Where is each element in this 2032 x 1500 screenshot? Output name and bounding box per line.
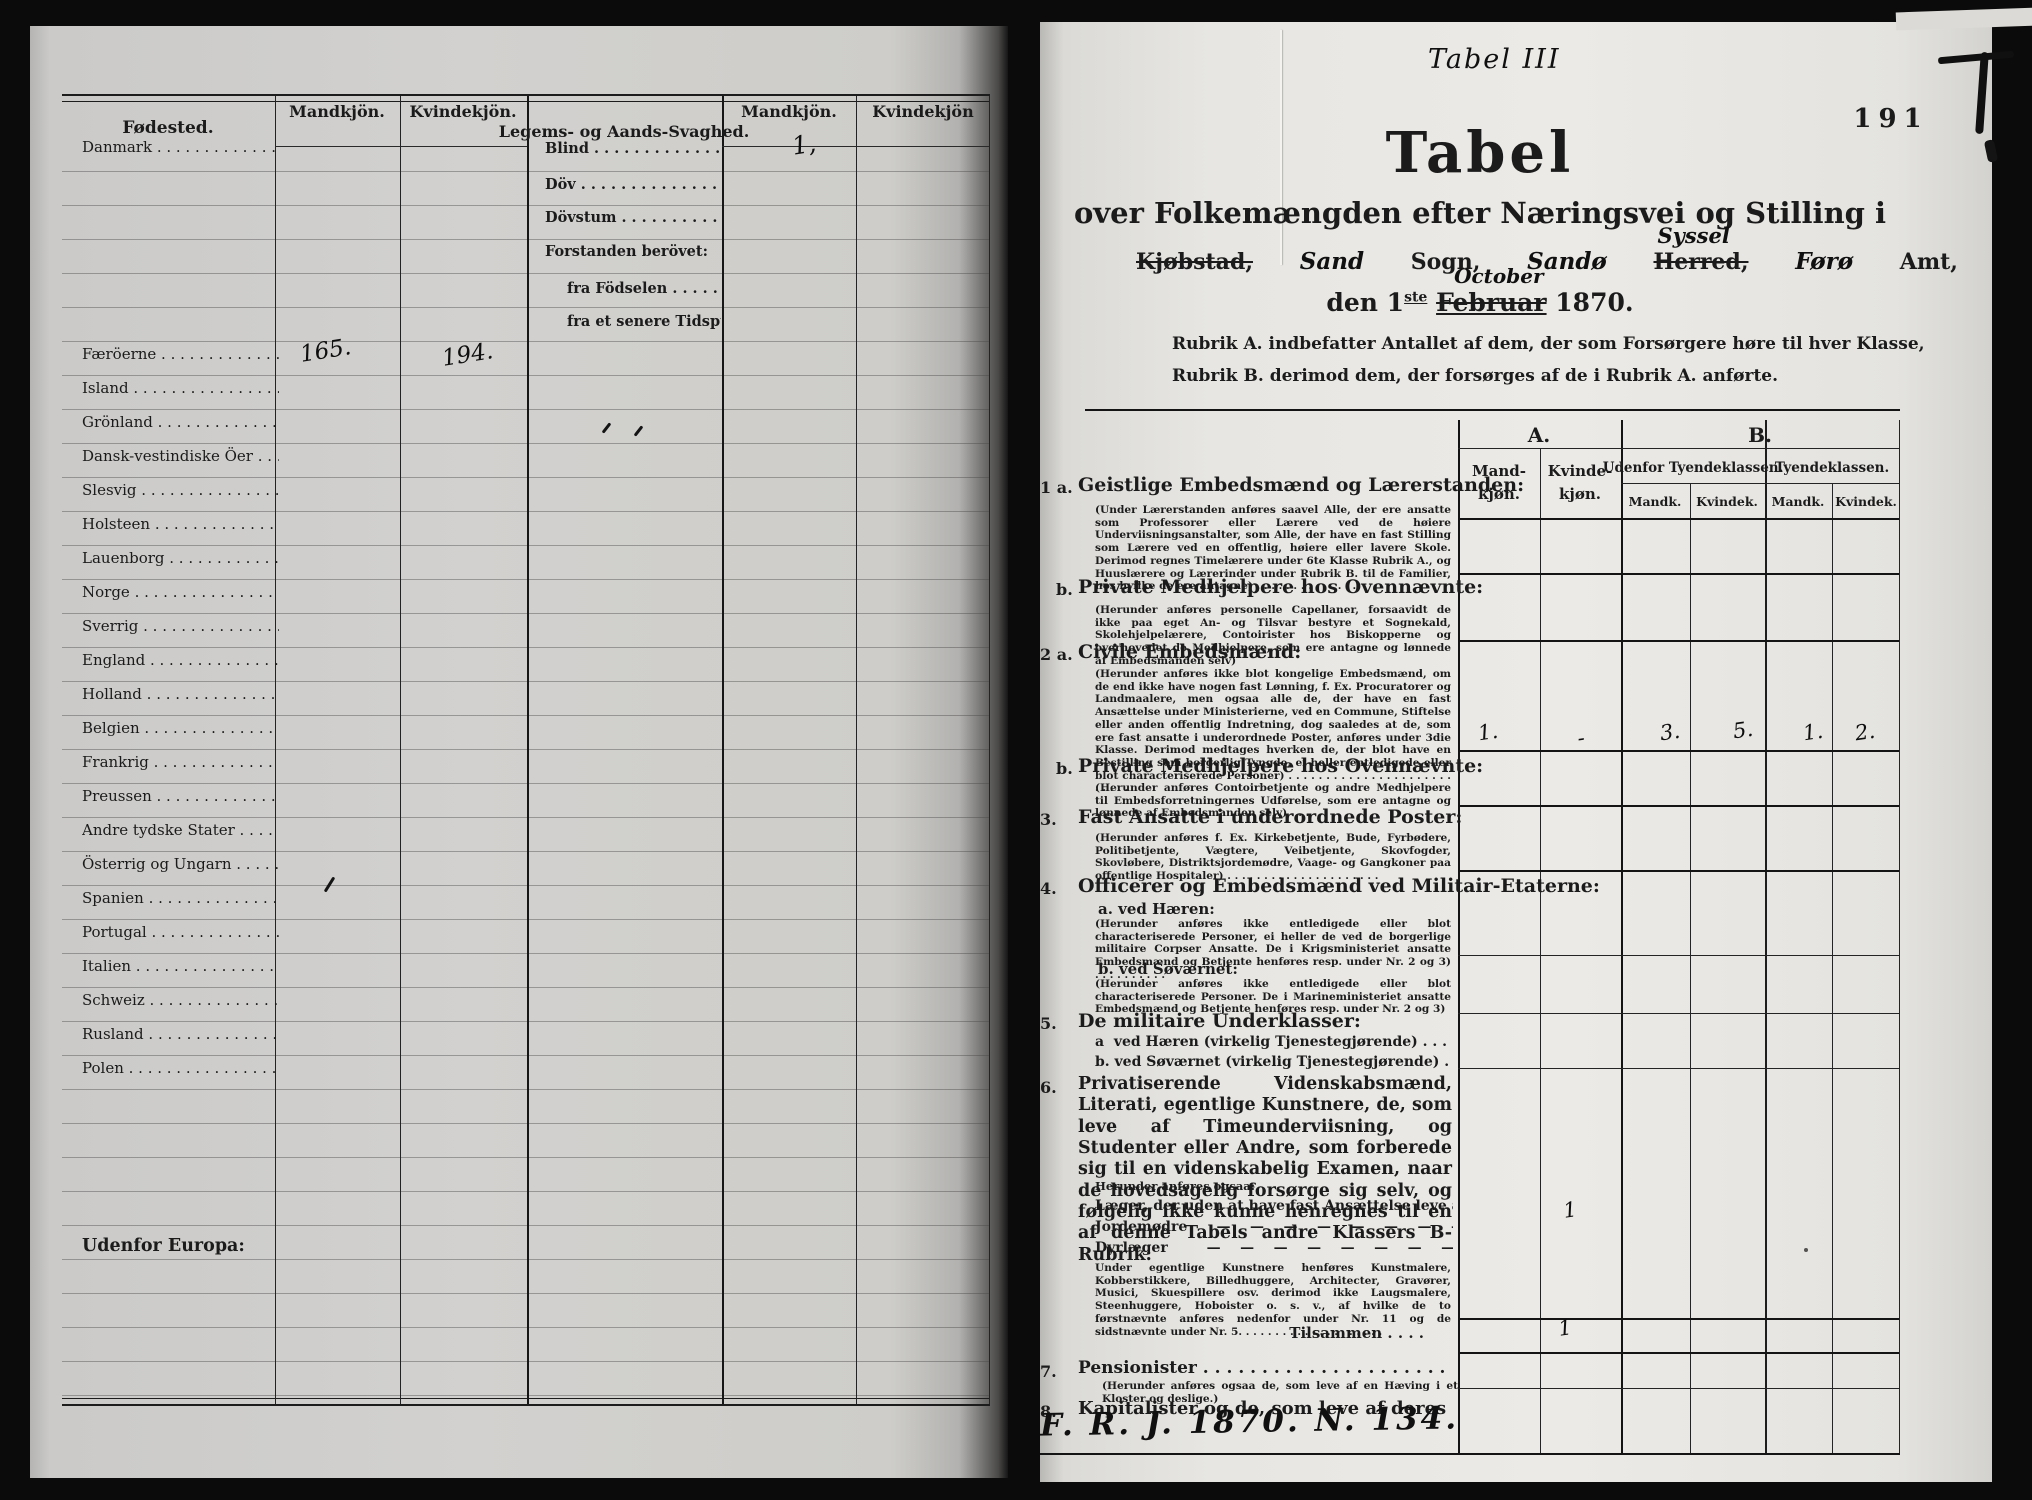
value-2a-mand-a: 1. bbox=[1476, 719, 1499, 746]
row-heading-1a: Geistlige Embedsmænd og Lærerstanden: bbox=[1078, 474, 1524, 496]
row-rule bbox=[1458, 1068, 1899, 1069]
row-heading-7: Pensionister . . . . . . . . . . . . . .… bbox=[1078, 1358, 1452, 1378]
pen-t-mark bbox=[1984, 139, 1998, 163]
row-6-note: Herunder anføres ogsaa: bbox=[1095, 1180, 1451, 1194]
header-rule bbox=[1458, 448, 1899, 449]
birthplace-row: Holsteen . . . . . . . . . . . . . . . .… bbox=[82, 515, 279, 533]
birthplace-row: Portugal . . . . . . . . . . . . . . . .… bbox=[82, 923, 279, 941]
value-2a-udenfor-mandk: 3. bbox=[1658, 719, 1681, 746]
row-rule bbox=[1458, 640, 1899, 642]
header-rule bbox=[1621, 483, 1899, 484]
birthplace-row: Spanien . . . . . . . . . . . . . . . . … bbox=[82, 889, 279, 907]
occupation-table: A. B. Mand- kjøn. Kvinde- kjøn. Udenfor … bbox=[1040, 420, 1900, 1455]
row-4b-label: b. ved Søværnet: bbox=[1098, 960, 1238, 978]
page-title: Tabel bbox=[1040, 120, 1920, 186]
disability-row: Döv . . . . . . . . . . . . . . . . . . … bbox=[545, 176, 721, 193]
subheader-kvindek-2: Kvindek. bbox=[1835, 494, 1897, 509]
birthplace-row: Österrig og Ungarn . . . . . . . . . . .… bbox=[82, 855, 279, 873]
birthplace-table: Fødested. Mandkjön. Kvindekjön. Legems- … bbox=[62, 94, 990, 1406]
handwritten-sogn-name: Sand bbox=[1300, 248, 1364, 275]
rubrik-a-note: Rubrik A. indbefatter Antallet af dem, d… bbox=[1172, 334, 1925, 354]
location-line: Kjøbstad, Sand Sogn, Sandø Syssel Herred… bbox=[1136, 248, 1958, 275]
birthplace-row: Italien . . . . . . . . . . . . . . . . … bbox=[82, 957, 279, 975]
handwritten-october: October bbox=[1454, 264, 1543, 288]
row-number: 4. bbox=[1040, 879, 1057, 898]
header-rule bbox=[1458, 518, 1899, 520]
row-rule bbox=[1458, 573, 1899, 575]
birthplace-row: Grönland . . . . . . . . . . . . . . . .… bbox=[82, 413, 279, 431]
birthplace-row: Schweiz . . . . . . . . . . . . . . . . … bbox=[82, 991, 279, 1009]
printed-month: Februar bbox=[1436, 288, 1547, 317]
handwritten-amt-name: Førø bbox=[1795, 248, 1853, 275]
birthplace-row: Sverrig . . . . . . . . . . . . . . . . … bbox=[82, 617, 279, 635]
date-prefix: den 1 bbox=[1326, 288, 1404, 317]
column-divider bbox=[856, 96, 857, 1404]
amt-label: Amt, bbox=[1900, 249, 1958, 275]
row-heading-1b: Private Medhjelpere hos Ovennævnte: bbox=[1078, 576, 1483, 598]
header-rule bbox=[722, 146, 989, 147]
column-divider bbox=[400, 96, 401, 1404]
row-5b-line: b. ved Søværnet (virkelig Tjenestegjøren… bbox=[1095, 1054, 1453, 1070]
table-top-rule bbox=[1085, 409, 1900, 414]
row-rule bbox=[1458, 1352, 1899, 1354]
handwritten-tabel-iii: Tabel III bbox=[1428, 44, 1561, 75]
row-6-laeger: Læger, der uden at have fast Ansættelse … bbox=[1095, 1198, 1453, 1214]
row-rule bbox=[1458, 1013, 1899, 1014]
subheader-kvindek-1: Kvindek. bbox=[1696, 494, 1758, 509]
disability-row: Dövstum . . . . . . . . . . . . . . . . … bbox=[545, 209, 721, 226]
left-page: Fødested. Mandkjön. Kvindekjön. Legems- … bbox=[30, 26, 1008, 1478]
header-a: A. bbox=[1528, 423, 1550, 447]
ruled-lines bbox=[62, 155, 990, 1402]
column-divider bbox=[1621, 420, 1623, 1455]
date-line: den 1ste October Februar 1870. bbox=[1040, 288, 1920, 317]
column-header-mandkjon: Mandkjön. bbox=[289, 102, 385, 121]
subheader-mandk-2: Mandk. bbox=[1772, 494, 1825, 509]
row-heading-2a: Civile Embedsmænd: bbox=[1078, 641, 1301, 663]
value-2a-kvinde-a: - bbox=[1576, 726, 1586, 751]
row-number: 5. bbox=[1040, 1014, 1057, 1033]
table-bottom-rule bbox=[1040, 1453, 1900, 1455]
row-heading-4: Officerer og Embedsmænd ved Militair-Eta… bbox=[1078, 875, 1600, 897]
column-divider bbox=[1899, 420, 1900, 1455]
outside-europe-label: Udenfor Europa: bbox=[82, 1236, 245, 1256]
header-tyende: Tyendeklassen. bbox=[1775, 460, 1889, 476]
row-number: 2 a. bbox=[1040, 645, 1073, 664]
handwritten-archive-note: F. R. J. 1870. N. 134. bbox=[1040, 1400, 1460, 1443]
table-top-rule bbox=[62, 94, 990, 102]
pen-t-mark bbox=[1938, 51, 2014, 65]
row-rule bbox=[1458, 805, 1899, 807]
row-number: 7. bbox=[1040, 1362, 1057, 1381]
birthplace-row: England . . . . . . . . . . . . . . . . … bbox=[82, 651, 279, 669]
birthplace-row: Belgien . . . . . . . . . . . . . . . . … bbox=[82, 719, 279, 737]
tilsammen-label: Tilsammen . . . . bbox=[1268, 1324, 1424, 1342]
birthplace-row: Holland . . . . . . . . . . . . . . . . … bbox=[82, 685, 279, 703]
row-rule bbox=[1458, 955, 1899, 956]
column-divider bbox=[1540, 448, 1541, 1455]
page-subtitle: over Folkemængden efter Næringsvei og St… bbox=[1040, 196, 1920, 230]
row-heading-5: De militaire Underklasser: bbox=[1078, 1010, 1361, 1032]
date-year: 1870. bbox=[1555, 288, 1633, 317]
row-4a-label: a. ved Hæren: bbox=[1098, 900, 1215, 918]
month-group: October Februar bbox=[1436, 288, 1555, 317]
birthplace-row: Norge . . . . . . . . . . . . . . . . . … bbox=[82, 583, 279, 601]
value-jordemoedre-kvinde: 1 bbox=[1562, 1197, 1579, 1223]
subheader-mandk-1: Mandk. bbox=[1629, 494, 1682, 509]
row-6-jordemoedre: Jordemødre — — — — — — — — — — bbox=[1095, 1219, 1453, 1235]
column-header-fodested: Fødested. bbox=[122, 118, 213, 138]
column-divider bbox=[722, 96, 724, 1404]
birthplace-row: Lauenborg . . . . . . . . . . . . . . . … bbox=[82, 549, 279, 567]
header-udenfor-tyende: Udenfor Tyendeklassen. bbox=[1603, 460, 1784, 476]
birthplace-row: Danmark . . . . . . . . . . . . . . . . … bbox=[82, 138, 279, 156]
rubrik-b-note: Rubrik B. derimod dem, der forsørges af … bbox=[1172, 366, 1778, 386]
handwritten-syssel: Syssel bbox=[1657, 223, 1729, 248]
disability-row: fra et senere Tidspunkt . bbox=[567, 313, 721, 330]
scanned-census-spread: Fødested. Mandkjön. Kvindekjön. Legems- … bbox=[0, 0, 2032, 1500]
disability-row: fra Födselen . . . . . . . . . . . . . .… bbox=[567, 280, 721, 297]
birthplace-row: Dansk-vestindiske Öer . . . . . . . . . … bbox=[82, 447, 279, 465]
row-heading-3: Fast Ansatte i underordnede Poster: bbox=[1078, 806, 1462, 828]
handwritten-blind-male: 1, bbox=[790, 128, 818, 160]
header-b: B. bbox=[1748, 423, 1772, 447]
column-divider bbox=[527, 96, 529, 1404]
disability-row: Forstanden berövet: bbox=[545, 243, 721, 260]
value-2a-tyende-mandk: 1. bbox=[1801, 719, 1824, 746]
row-6-dyrlaeger: Dyrlæger — — — — — — — — — — bbox=[1095, 1240, 1453, 1256]
birthplace-row: Island . . . . . . . . . . . . . . . . .… bbox=[82, 379, 279, 397]
pen-t-mark bbox=[1975, 52, 1989, 134]
column-header-kvindekjon: Kvindekjön. bbox=[409, 102, 516, 121]
row-5a-line: a ved Hæren (virkelig Tjenestegjørende) … bbox=[1095, 1034, 1453, 1050]
column-header-kvindekjon-2: Kvindekjön bbox=[872, 102, 973, 121]
row-rule bbox=[1458, 870, 1899, 872]
row-rule bbox=[1458, 750, 1899, 752]
birthplace-row: Færöerne . . . . . . . . . . . . . . . .… bbox=[82, 345, 279, 363]
right-page: Tabel III 191 Tabel over Folkemængden ef… bbox=[1040, 22, 1992, 1482]
row-number: b. bbox=[1056, 580, 1073, 599]
column-header-legems: Legems- og Aands-Svaghed. bbox=[499, 122, 750, 141]
row-number: b. bbox=[1056, 759, 1073, 778]
value-2a-tyende-kvindek: 2. bbox=[1853, 719, 1876, 746]
column-divider bbox=[1832, 483, 1833, 1455]
birthplace-row: Preussen . . . . . . . . . . . . . . . .… bbox=[82, 787, 279, 805]
kjobstad-label: Kjøbstad, bbox=[1136, 249, 1253, 275]
row-heading-2b: Private Medhjelpere hos Ovennævnte: bbox=[1078, 755, 1483, 777]
ink-speck bbox=[1804, 1248, 1808, 1252]
row-number: 6. bbox=[1040, 1078, 1057, 1097]
disability-row: Blind . . . . . . . . . . . . . . . . . … bbox=[545, 140, 721, 157]
column-divider bbox=[1765, 420, 1767, 1455]
column-divider bbox=[989, 96, 990, 1404]
row-rule bbox=[1458, 1318, 1899, 1320]
column-header-mandkjon-2: Mandkjön. bbox=[741, 102, 837, 121]
birthplace-row: Rusland . . . . . . . . . . . . . . . . … bbox=[82, 1025, 279, 1043]
herred-group: Syssel Herred, bbox=[1653, 249, 1748, 275]
row-rule bbox=[1458, 1388, 1899, 1389]
row-number: 3. bbox=[1040, 810, 1057, 829]
herred-label: Herred, bbox=[1653, 249, 1748, 275]
birthplace-row: Slesvig . . . . . . . . . . . . . . . . … bbox=[82, 481, 279, 499]
row-number: 1 a. bbox=[1040, 478, 1073, 497]
date-ordinal: ste bbox=[1404, 290, 1427, 306]
value-2a-udenfor-kvindek: 5. bbox=[1731, 717, 1754, 744]
birthplace-row: Andre tydske Stater . . . . . . . . . . … bbox=[82, 821, 279, 839]
birthplace-row: Polen . . . . . . . . . . . . . . . . . … bbox=[82, 1059, 279, 1077]
row-heading-6: Privatiserende Videnskabsmænd, Literati,… bbox=[1078, 1074, 1452, 1266]
column-divider bbox=[1690, 483, 1691, 1455]
column-divider bbox=[275, 96, 276, 1404]
next-page-edge bbox=[1896, 8, 2032, 31]
header-rule bbox=[275, 146, 527, 147]
birthplace-row: Frankrig . . . . . . . . . . . . . . . .… bbox=[82, 753, 279, 771]
